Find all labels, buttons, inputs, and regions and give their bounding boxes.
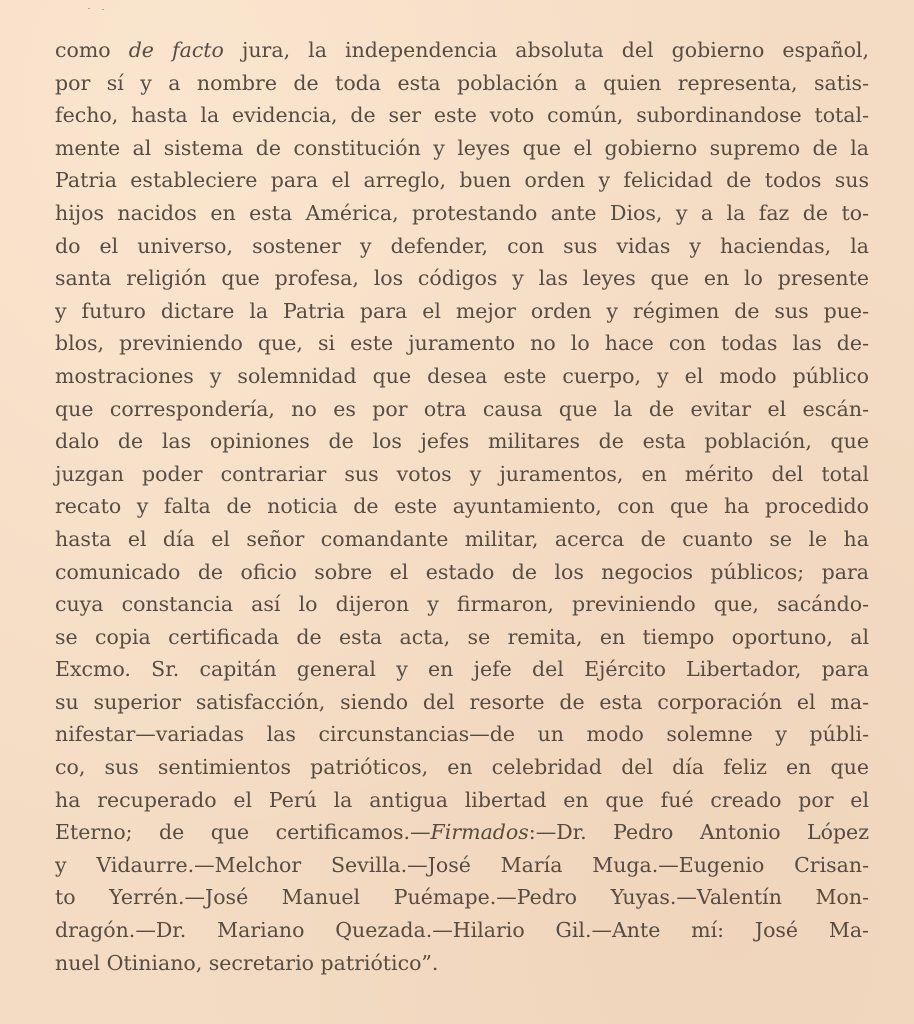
text-line-final: nuel Otiniano, secretario patriótico”. — [55, 947, 869, 980]
text-line: mostraciones y solemnidad que desea este… — [55, 360, 869, 393]
text-line: do el universo, sostener y defender, con… — [55, 230, 869, 263]
text-line: fecho, hasta la evidencia, de ser este v… — [55, 99, 869, 132]
text-line: y Vidaurre.—Melchor Sevilla.—José María … — [55, 849, 869, 882]
text-line: co, sus sentimientos patrióticos, en cel… — [55, 751, 869, 784]
text-line: Patria estableciere para el arreglo, bue… — [55, 164, 869, 197]
text-line: juzgan poder contrariar sus votos y jura… — [55, 458, 869, 491]
text-line: cuya constancia así lo dijeron y firmaro… — [55, 588, 869, 621]
text-line: hasta el día el señor comandante militar… — [55, 523, 869, 556]
text-line: que correspondería, no es por otra causa… — [55, 393, 869, 426]
text-line: como de facto jura, la independencia abs… — [55, 34, 869, 67]
text-line: blos, previniendo que, si este juramento… — [55, 327, 869, 360]
text-line: ha recuperado el Perú la antigua liberta… — [55, 784, 869, 817]
text-line: y futuro dictare la Patria para el mejor… — [55, 295, 869, 328]
text-line: dalo de las opiniones de los jefes milit… — [55, 425, 869, 458]
text-line: dragón.—Dr. Mariano Quezada.—Hilario Gil… — [55, 914, 869, 947]
text-line: se copia certificada de esta acta, se re… — [55, 621, 869, 654]
document-page: como de facto jura, la independencia abs… — [55, 34, 869, 979]
line-text: :—Dr. Pedro Antonio López — [529, 820, 869, 844]
text-line: hijos nacidos en esta América, protestan… — [55, 197, 869, 230]
italic-phrase: de facto — [129, 38, 224, 62]
text-line: comunicado de oficio sobre el estado de … — [55, 556, 869, 589]
text-line: santa religión que profesa, los códigos … — [55, 262, 869, 295]
text-line: mente al sistema de constitución y leyes… — [55, 132, 869, 165]
text-line: recato y falta de noticia de este ayunta… — [55, 490, 869, 523]
text-line: Eterno; de que certificamos.—Firmados:—D… — [55, 816, 869, 849]
paper-speck — [102, 9, 104, 10]
line-text: como — [55, 38, 129, 62]
paper-speck — [88, 8, 90, 9]
italic-phrase: Firmados — [431, 820, 529, 844]
text-line: por sí y a nombre de toda esta población… — [55, 67, 869, 100]
text-line: nifestar—variadas las circunstancias—de … — [55, 718, 869, 751]
text-line: su superior satisfacción, siendo del res… — [55, 686, 869, 719]
line-text: Eterno; de que certificamos.— — [55, 820, 431, 844]
line-text: jura, la independencia absoluta del gobi… — [224, 38, 869, 62]
text-line: to Yerrén.—José Manuel Puémape.—Pedro Yu… — [55, 881, 869, 914]
text-line: Excmo. Sr. capitán general y en jefe del… — [55, 653, 869, 686]
